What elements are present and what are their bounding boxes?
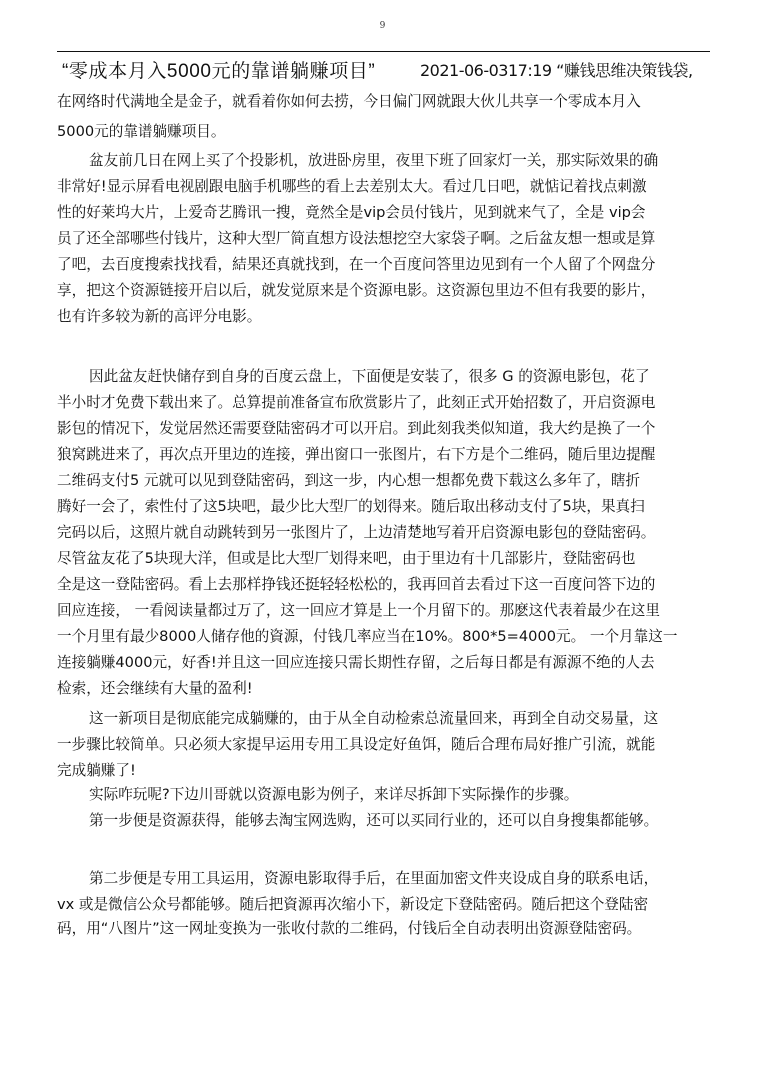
text-line: 一步骤比较简单。只必须大家提早运用专用工具设定好鱼饵，随后合理布局好推广引流，就… <box>57 732 655 758</box>
text-line: 第二步便是专用工具运用，资源电影取得手后，在里面加密文件夹设成自身的联系电话， <box>89 866 658 892</box>
text-line: 因此盆友赶快储存到自身的百度云盘上，下面便是安装了，很多 G 的资源电影包，花了 <box>89 364 650 390</box>
text-line: 也有许多较为新的高评分电影。 <box>57 304 261 330</box>
text-line: 这一新项目是彻底能完成躺赚的，由于从全自动检索总流量回来，再到全自动交易量，这 <box>89 706 658 732</box>
text-line: 码，用“八图片”这一网址变换为一张收付款的二维码，付钱后全自动表明出资源登陆密码… <box>57 916 641 942</box>
text-line: 完成躺赚了! <box>57 758 136 784</box>
text-line: 全是这一登陆密码。看上去那样挣钱还挺轻轻松松的，我再回首去看过下这一百度问答下边… <box>57 572 655 598</box>
text-line: 半小时才免费下载出来了。总算提前准备宣布欣赏影片了，此刻正式开始招数了，开启资源… <box>57 390 655 416</box>
header-rule <box>57 51 710 52</box>
text-line: 享，把这个资源链接开启以后，就发觉原来是个资源电影。这资源包里边不但有我要的影片… <box>57 278 655 304</box>
text-line: 完码以后，这照片就自动跳转到另一张图片了，上边清楚地写着开启资源电影包的登陆密码… <box>57 520 655 546</box>
text-line: 腾好一会了，索性付了这5块吧，最少比大型厂的划得来。随后取出移动支付了5块，果真… <box>57 494 645 520</box>
text-line: 影包的情况下，发觉居然还需要登陆密码才可以开启。到此刻我类似知道，我大约是换了一… <box>57 416 655 442</box>
text-line: 了吧，去百度搜索找找看，結果还真就找到，在一个百度问答里边见到有一个人留了个网盘… <box>57 252 655 278</box>
text-line: 一个月里有最少8000人储存他的資源，付钱几率应当在10%。800*5=4000… <box>57 624 677 650</box>
article-title: “零成本月入5000元的靠谱躺赚项目” <box>62 56 375 83</box>
text-line: 实际咋玩呢?下边川哥就以资源电影为例子，来详尽拆卸下实际操作的步骤。 <box>89 782 578 808</box>
text-line: 在网络时代满地全是金子，就看着你如何去捞，今日偏门网就跟大伙儿共享一个零成本月入 <box>57 89 641 115</box>
text-line: 第一步便是资源获得，能够去淘宝网选购，还可以买同行业的，还可以自身搜集都能够。 <box>89 808 658 834</box>
text-line: 员了还全部哪些付钱片，这种大型厂简直想方设法想挖空大家袋子啊。之后盆友想一想或是… <box>57 226 655 252</box>
text-line: 性的好莱坞大片，上爱奇艺腾讯一搜，竟然全是vip会员付钱片，见到就来气了，全是 … <box>57 200 646 226</box>
text-line: 连接躺赚4000元，好香!并且这一回应连接只需长期性存留，之后每日都是有源源不绝… <box>57 650 655 676</box>
text-line: 回应连接， 一看阅读量都过万了，这一回应才算是上一个月留下的。那麽这代表着最少在… <box>57 598 660 624</box>
text-line: 非常好!显示屏看电视剧跟电脑手机哪些的看上去差别太大。看过几日吧，就惦记着找点刺… <box>57 174 647 200</box>
text-line: vx 或是微信公众号都能够。随后把資源再次缩小下，新设定下登陆密码。随后把这个登… <box>57 892 648 918</box>
text-line: 狼窝跳进来了，再次点开里边的连接，弹出窗口一张图片，右下方是个二维码，随后里边提… <box>57 442 655 468</box>
article-meta: 2021-06-0317:19 “赚钱思维决策钱袋, <box>420 58 693 81</box>
text-line: 二维码支付5 元就可以见到登陆密码，到这一步，内心想一想都免费下载这么多年了，瞎… <box>57 468 640 494</box>
text-line: 盆友前几日在网上买了个投影机，放进卧房里，夜里下班了回家灯一关，那实际效果的确 <box>89 148 658 174</box>
page-number: 9 <box>0 21 765 31</box>
text-line: 5000元的靠谱躺赚项目。 <box>57 119 226 145</box>
title-line: “零成本月入5000元的靠谱躺赚项目” 2021-06-0317:19 “赚钱思… <box>0 56 765 86</box>
text-line: 检索，还会继续有大量的盈利! <box>57 676 253 702</box>
text-line: 尽管盆友花了5块现大洋，但或是比大型厂划得来吧，由于里边有十几部影片，登陆密码也 <box>57 546 635 572</box>
